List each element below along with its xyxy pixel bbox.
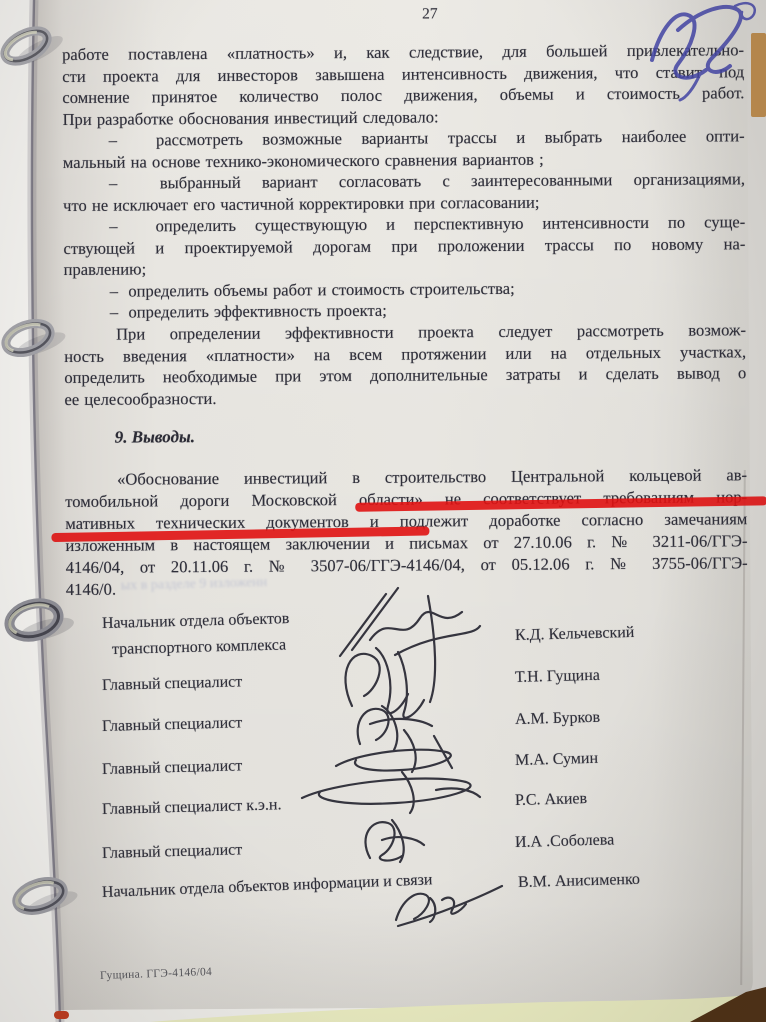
signatory-title: Главный специалист [102, 673, 243, 695]
signatory-name: Т.Н. Гущина [515, 667, 600, 687]
signatory-name: К.Д. Кельчевский [515, 624, 635, 645]
scanned-document-photo: 27 работе поставлена «платность» и, как … [0, 0, 766, 1022]
signatory-title: Главный специалист [102, 714, 243, 736]
signatory-name: В.М. Анисименко [518, 871, 640, 892]
signatory-name: Р.С. Акиев [515, 790, 588, 810]
section-heading: 9. Выводы. [115, 427, 195, 448]
page-number: 27 [370, 5, 490, 24]
signatory-title: Главный специалист [102, 841, 243, 863]
page-text-block: 27 работе поставлена «платность» и, как … [62, 0, 751, 1022]
signatory-name: М.А. Сумин [515, 750, 599, 770]
wood-desk-sliver [751, 33, 766, 117]
signatory-name: И.А .Соболева [515, 831, 615, 852]
body-line: ее целесообразности. [64, 384, 746, 412]
signatory-title: Главный специалист [102, 757, 243, 779]
signatory-name: А.М. Бурков [515, 709, 601, 729]
